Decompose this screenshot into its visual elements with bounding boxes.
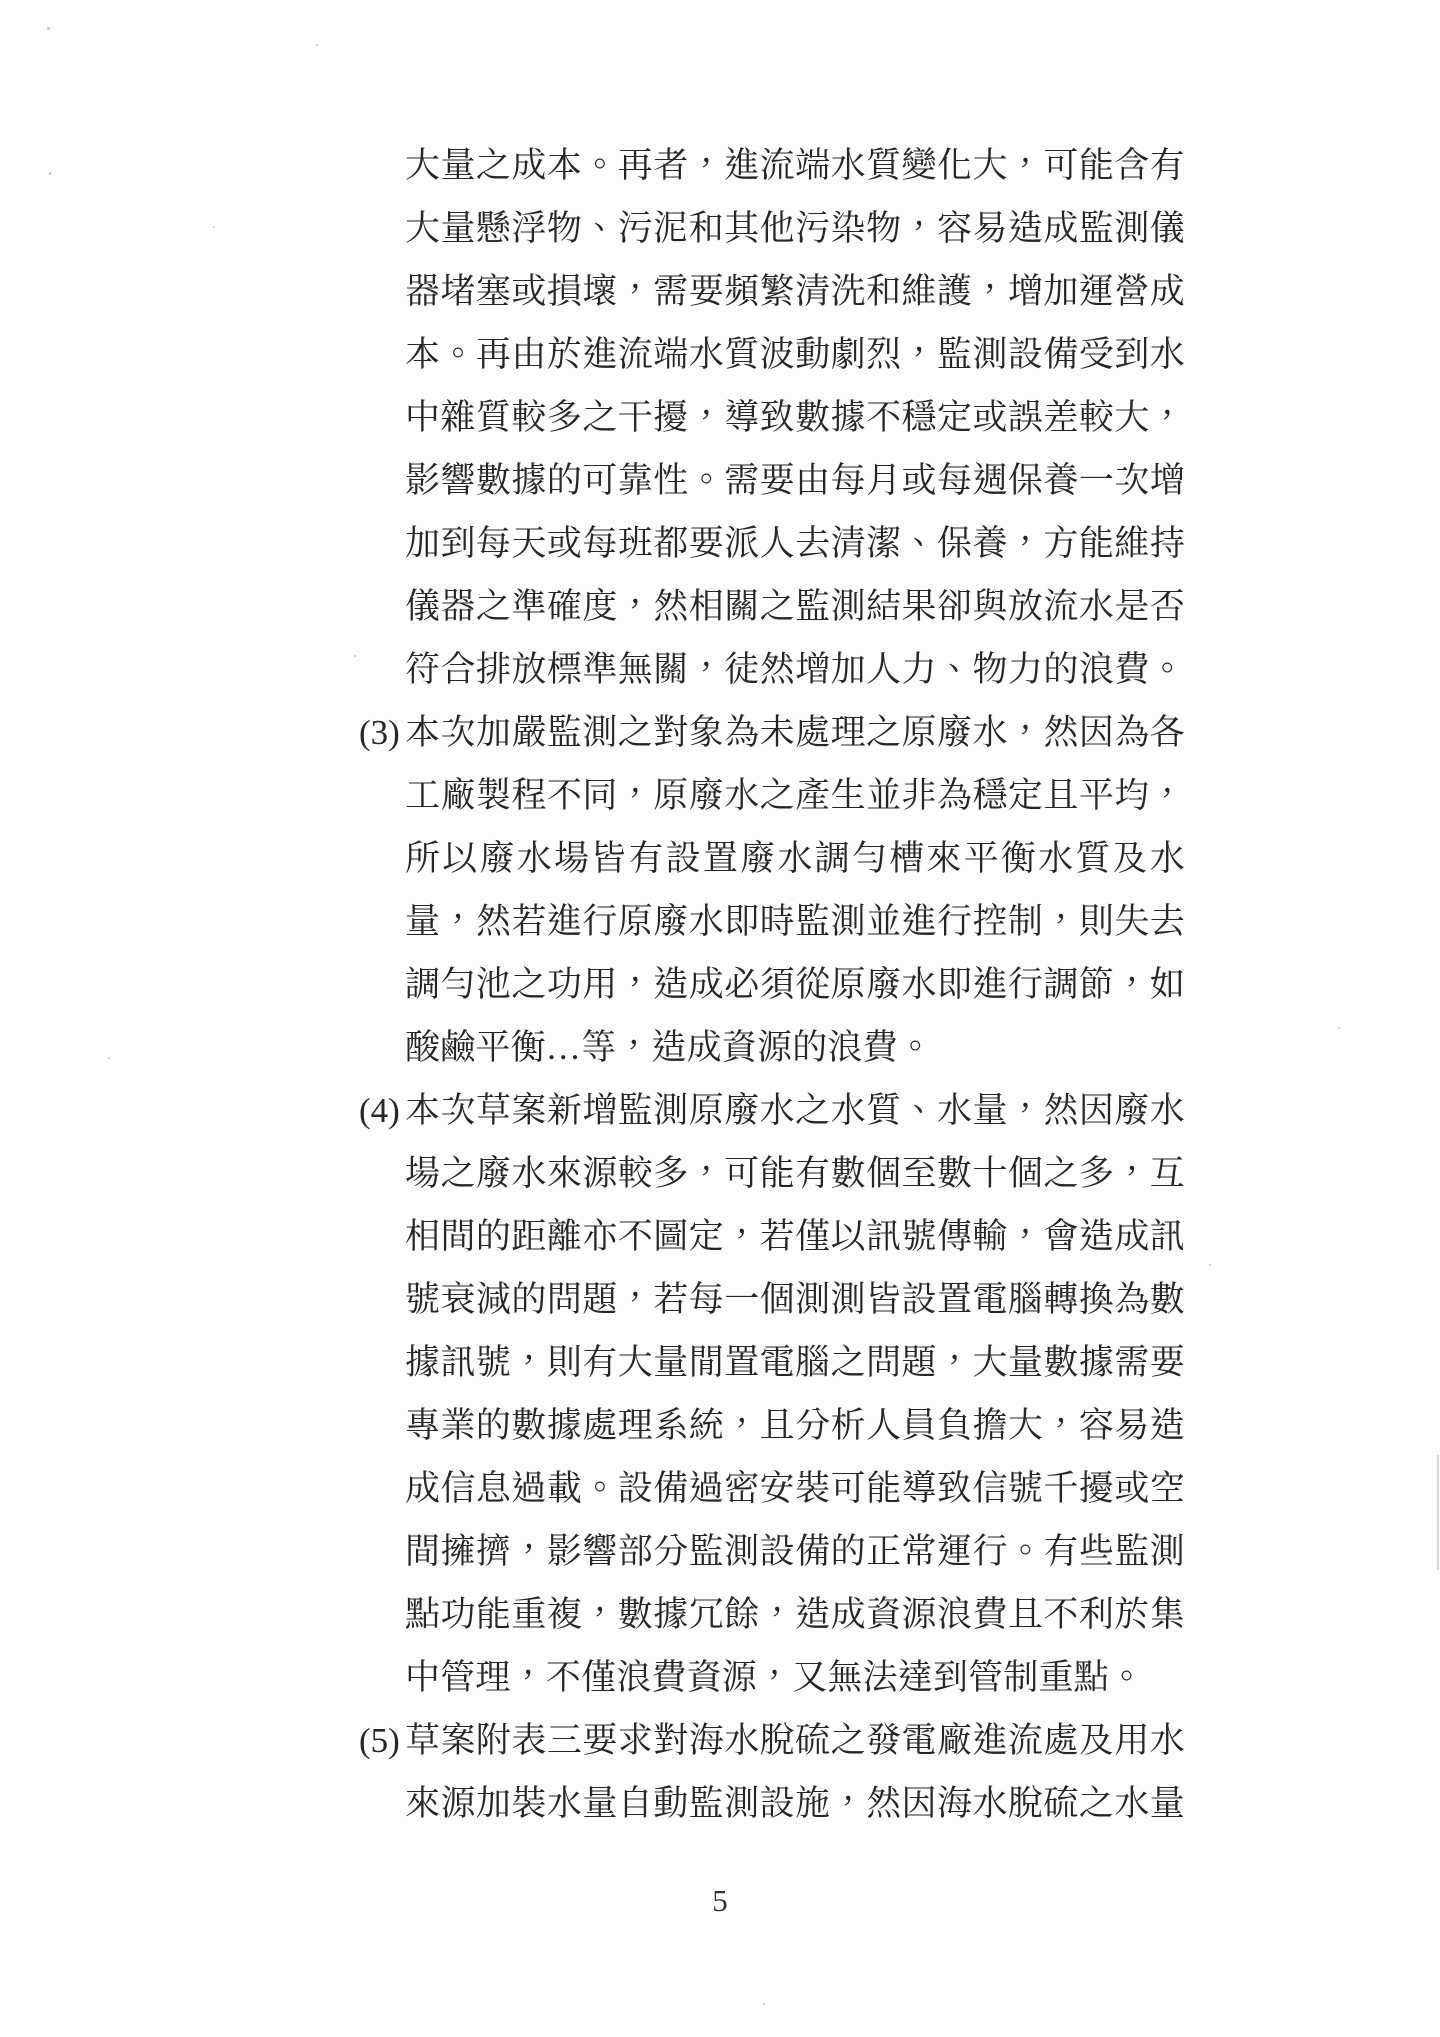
paragraph-marker: (4): [359, 1079, 400, 1142]
text-line: 來源加裝水量自動監測設施，然因海水脫硫之水量: [405, 1772, 1185, 1835]
scan-speck: [108, 1057, 110, 1059]
text-line: 加到每天或每班都要派人去清潔、保養，方能維持: [405, 512, 1185, 575]
text-line: 器堵塞或損壞，需要頻繁清洗和維護，增加運營成: [405, 260, 1185, 323]
scan-speck: [1209, 1264, 1211, 1266]
text-line: 量，然若進行原廢水即時監測並進行控制，則失去: [405, 890, 1185, 953]
text-line: 調勻池之功用，造成必須從原廢水即進行調節，如: [405, 953, 1185, 1016]
text-line: 本。再由於進流端水質波動劇烈，監測設備受到水: [405, 323, 1185, 386]
text-line: 據訊號，則有大量閒置電腦之問題，大量數據需要: [405, 1331, 1185, 1394]
text-line: 酸鹼平衡…等，造成資源的浪費。: [405, 1016, 1185, 1079]
text-line: 符合排放標準無關，徒然增加人力、物力的浪費。: [405, 638, 1185, 701]
paragraph: 本次草案新增監測原廢水之水質、水量，然因廢水(4)場之廢水來源較多，可能有數個至…: [405, 1079, 1185, 1709]
scan-edge-artifact: [1437, 1455, 1439, 1570]
text-line: 中雜質較多之干擾，導致數據不穩定或誤差較大，: [405, 386, 1185, 449]
text-line: 大量之成本。再者，進流端水質變化大，可能含有: [405, 134, 1185, 197]
scan-speck: [47, 27, 50, 30]
text-line: 專業的數據處理系統，且分析人員負擔大，容易造: [405, 1394, 1185, 1457]
page-number: 5: [0, 1881, 1440, 1921]
text-line: 間擁擠，影響部分監測設備的正常運行。有些監測: [405, 1520, 1185, 1583]
text-line: 成信息過載。設備過密安裝可能導致信號千擾或空: [405, 1457, 1185, 1520]
text-line: 本次草案新增監測原廢水之水質、水量，然因廢水(4): [405, 1079, 1185, 1142]
text-line: 點功能重複，數據冗餘，造成資源浪費且不利於集: [405, 1583, 1185, 1646]
text-line: 影響數據的可靠性。需要由每月或每週保養一次增: [405, 449, 1185, 512]
text-line: 儀器之準確度，然相關之監測結果卻與放流水是否: [405, 575, 1185, 638]
text-line: 本次加嚴監測之對象為未處理之原廢水，然因為各(3): [405, 701, 1185, 764]
text-block: 大量之成本。再者，進流端水質變化大，可能含有大量懸浮物、污泥和其他污染物，容易造…: [405, 134, 1185, 1835]
text-line: 號衰減的問題，若每一個測測皆設置電腦轉換為數: [405, 1268, 1185, 1331]
paragraph: 草案附表三要求對海水脫硫之發電廠進流處及用水(5)來源加裝水量自動監測設施，然因…: [405, 1709, 1185, 1835]
scan-speck: [763, 2003, 765, 2005]
scan-speck: [354, 655, 356, 657]
scan-speck: [213, 226, 215, 228]
scan-speck: [49, 172, 51, 175]
text-line: 所以廢水場皆有設置廢水調勻槽來平衡水質及水: [405, 827, 1185, 890]
paragraph-marker: (3): [359, 701, 400, 764]
scan-speck: [1338, 1027, 1340, 1029]
paragraph: 大量之成本。再者，進流端水質變化大，可能含有大量懸浮物、污泥和其他污染物，容易造…: [405, 134, 1185, 701]
scan-speck: [316, 44, 318, 46]
paragraph-marker: (5): [359, 1709, 400, 1772]
text-line: 大量懸浮物、污泥和其他污染物，容易造成監測儀: [405, 197, 1185, 260]
text-line: 場之廢水來源較多，可能有數個至數十個之多，互: [405, 1142, 1185, 1205]
paragraph: 本次加嚴監測之對象為未處理之原廢水，然因為各(3)工廠製程不同，原廢水之產生並非…: [405, 701, 1185, 1079]
text-line: 草案附表三要求對海水脫硫之發電廠進流處及用水(5): [405, 1709, 1185, 1772]
document-page: 大量之成本。再者，進流端水質變化大，可能含有大量懸浮物、污泥和其他污染物，容易造…: [0, 0, 1440, 2037]
text-line: 工廠製程不同，原廢水之產生並非為穩定且平均，: [405, 764, 1185, 827]
text-line: 中管理，不僅浪費資源，又無法達到管制重點。: [405, 1646, 1185, 1709]
text-line: 相間的距離亦不圖定，若僅以訊號傳輸，會造成訊: [405, 1205, 1185, 1268]
